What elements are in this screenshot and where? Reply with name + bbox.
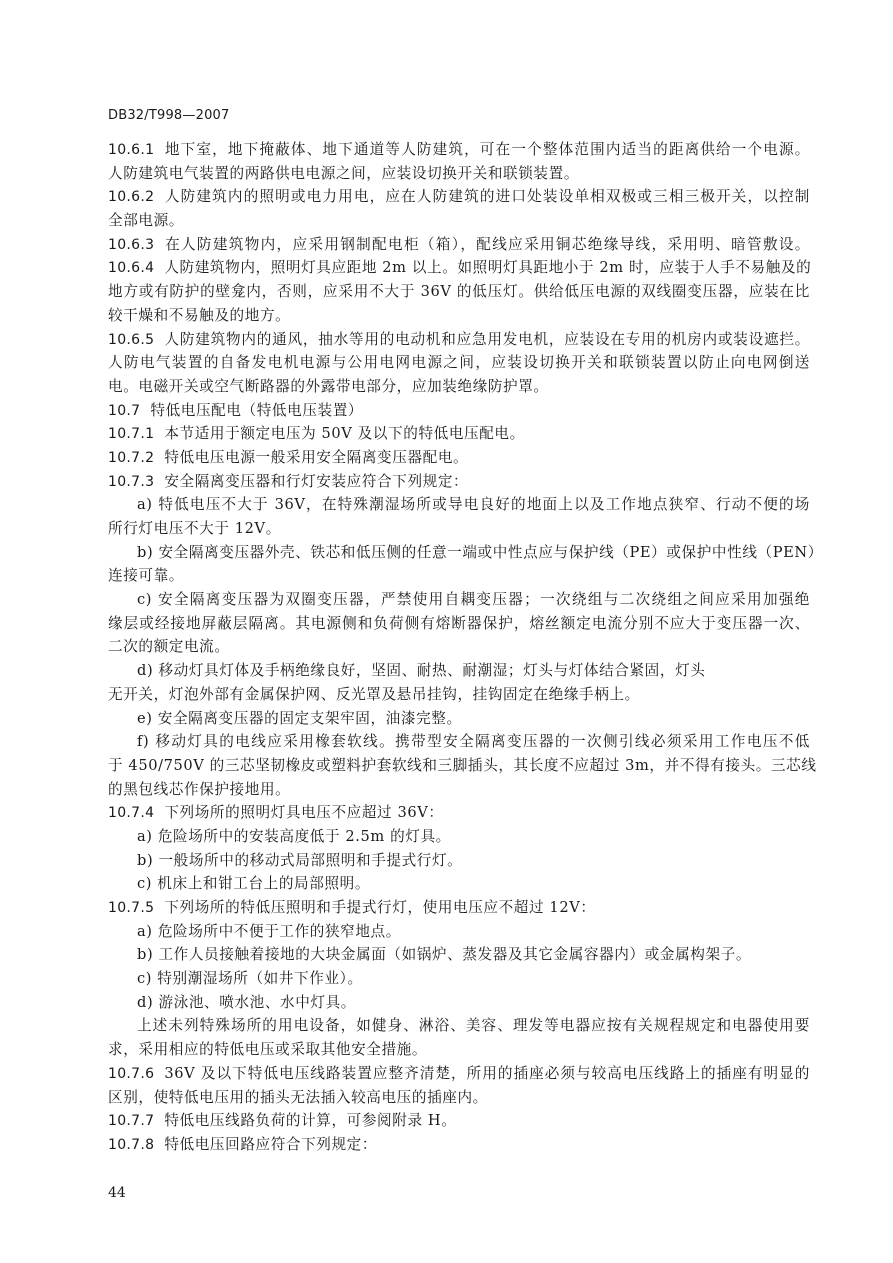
text-line: e) 安全隔离变压器的固定支架牢固，油漆完整。: [108, 707, 810, 731]
text-line: d) 游泳池、喷水池、水中灯具。: [108, 991, 810, 1015]
text-line: 较干燥和不易触及的地方。: [108, 304, 810, 328]
document-standard-code: DB32/T998—2007: [108, 108, 230, 123]
line-text: 人防建筑物内，照明灯具应距地 2m 以上。如照明灯具距地小于 2m 时，应装于人…: [164, 259, 811, 276]
text-line: a) 危险场所中不便于工作的狭窄地点。: [108, 920, 810, 944]
line-text: 在人防建筑物内，应采用钢制配电柜（箱），配线应采用铜芯绝缘导线，采用明、暗管敷设…: [164, 236, 810, 253]
text-line: a) 特低电压不大于 36V，在特殊潮湿场所或导电良好的地面上以及工作地点狭窄、…: [108, 493, 810, 517]
clause-number: 10.7.2: [108, 450, 154, 466]
page-number: 44: [108, 1185, 126, 1201]
line-text: 缘层或经接地屏蔽层隔离。其电源侧和负荷侧有熔断器保护，熔丝额定电流分别不应大于变…: [108, 615, 810, 632]
line-text: 无开关，灯泡外部有金属保护网、反光罩及悬吊挂钩，挂钩固定在绝缘手柄上。: [108, 686, 640, 703]
text-line: c) 机床上和钳工台上的局部照明。: [108, 872, 810, 896]
line-text: a) 危险场所中的安装高度低于 2.5m 的灯具。: [137, 828, 451, 845]
line-text: 安全隔离变压器和行灯安装应符合下列规定：: [164, 473, 468, 490]
text-line: 求，采用相应的特低电压或采取其他安全措施。: [108, 1038, 810, 1062]
text-line: b) 工作人员接触着接地的大块金属面（如锅炉、蒸发器及其它金属容器内）或金属构架…: [108, 943, 810, 967]
line-text: 上述未列特殊场所的用电设备，如健身、淋浴、美容、理发等电器应按有关规程规定和电器…: [137, 1017, 810, 1034]
text-line: 人防建筑电气装置的两路供电电源之间，应装设切换开关和联锁装置。: [108, 162, 810, 186]
line-text: 区别，使特低电压用的插头无法插入较高电压的插座内。: [108, 1089, 488, 1106]
text-line: 于 450/750V 的三芯坚韧橡皮或塑料护套软线和三脚插头，其长度不应超过 3…: [108, 754, 810, 778]
line-text: 地下室，地下掩蔽体、地下通道等人防建筑，可在一个整体范围内适当的距离供给一个电源…: [164, 141, 810, 158]
clause-number: 10.7: [108, 403, 140, 419]
clause-number: 10.7.1: [108, 426, 154, 442]
section-heading: 10.7特低电压配电（特低电压装置）: [108, 399, 810, 423]
clause-line: 10.7.4下列场所的照明灯具电压不应超过 36V：: [108, 801, 810, 825]
line-text: d) 游泳池、喷水池、水中灯具。: [137, 994, 356, 1011]
line-text: 36V 及以下特低电压线路装置应整齐清楚，所用的插座必须与较高电压线路上的插座有…: [164, 1065, 810, 1082]
clause-number: 10.7.7: [108, 1113, 154, 1129]
clause-line: 10.7.1本节适用于额定电压为 50V 及以下的特低电压配电。: [108, 422, 810, 446]
text-line: 二次的额定电流。: [108, 635, 810, 659]
clause-number: 10.6.5: [108, 332, 154, 348]
line-text: 全部电源。: [108, 212, 184, 229]
line-text: 电。电磁开关或空气断路器的外露带电部分，应加装绝缘防护罩。: [108, 378, 549, 395]
clause-line: 10.7.636V 及以下特低电压线路装置应整齐清楚，所用的插座必须与较高电压线…: [108, 1062, 810, 1086]
clause-line: 10.7.8特低电压回路应符合下列规定：: [108, 1133, 810, 1157]
line-text: e) 安全隔离变压器的固定支架牢固，油漆完整。: [137, 710, 462, 727]
line-text: f) 移动灯具的电线应采用橡套软线。携带型安全隔离变压器的一次侧引线必须采用工作…: [137, 733, 810, 750]
line-text: 二次的额定电流。: [108, 638, 230, 655]
text-line: c) 特别潮湿场所（如井下作业）。: [108, 967, 810, 991]
clause-line: 10.7.5下列场所的特低压照明和手提式行灯，使用电压应不超过 12V：: [108, 896, 810, 920]
line-text: 连接可靠。: [108, 567, 184, 584]
clause-number: 10.7.3: [108, 474, 154, 490]
line-text: 本节适用于额定电压为 50V 及以下的特低电压配电。: [164, 425, 524, 442]
clause-number: 10.6.3: [108, 237, 154, 253]
document-body: 10.6.1地下室，地下掩蔽体、地下通道等人防建筑，可在一个整体范围内适当的距离…: [108, 138, 810, 1157]
line-text: 的黑包线芯作保护接地用。: [108, 781, 290, 798]
clause-line: 10.6.5人防建筑物内的通风，抽水等用的电动机和应急用发电机，应装设在专用的机…: [108, 328, 810, 352]
line-text: 所行灯电压不大于 12V。: [108, 520, 281, 537]
line-text: c) 安全隔离变压器为双圈变压器，严禁使用自耦变压器；一次绕组与二次绕组之间应采…: [137, 591, 810, 608]
clause-line: 10.6.1地下室，地下掩蔽体、地下通道等人防建筑，可在一个整体范围内适当的距离…: [108, 138, 810, 162]
text-line: 人防电气装置的自备发电机电源与公用电网电源之间，应装设切换开关和联锁装置以防止向…: [108, 351, 810, 375]
line-text: 特低电压电源一般采用安全隔离变压器配电。: [164, 449, 468, 466]
line-text: 人防建筑物内的通风，抽水等用的电动机和应急用发电机，应装设在专用的机房内或装设遮…: [164, 331, 810, 348]
text-line: d) 移动灯具灯体及手柄绝缘良好，坚固、耐热、耐潮湿；灯头与灯体结合紧固，灯头: [108, 659, 810, 683]
text-line: 的黑包线芯作保护接地用。: [108, 778, 810, 802]
text-line: 全部电源。: [108, 209, 810, 233]
text-line: 上述未列特殊场所的用电设备，如健身、淋浴、美容、理发等电器应按有关规程规定和电器…: [108, 1014, 810, 1038]
line-text: 人防电气装置的自备发电机电源与公用电网电源之间，应装设切换开关和联锁装置以防止向…: [108, 354, 810, 371]
text-line: c) 安全隔离变压器为双圈变压器，严禁使用自耦变压器；一次绕组与二次绕组之间应采…: [108, 588, 810, 612]
text-line: 缘层或经接地屏蔽层隔离。其电源侧和负荷侧有熔断器保护，熔丝额定电流分别不应大于变…: [108, 612, 810, 636]
text-line: 电。电磁开关或空气断路器的外露带电部分，应加装绝缘防护罩。: [108, 375, 810, 399]
text-line: 无开关，灯泡外部有金属保护网、反光罩及悬吊挂钩，挂钩固定在绝缘手柄上。: [108, 683, 810, 707]
clause-number: 10.6.4: [108, 260, 154, 276]
clause-line: 10.7.2特低电压电源一般采用安全隔离变压器配电。: [108, 446, 810, 470]
line-text: 特低电压线路负荷的计算，可参阅附录 H。: [164, 1112, 456, 1129]
text-line: 所行灯电压不大于 12V。: [108, 517, 810, 541]
text-line: b) 一般场所中的移动式局部照明和手提式行灯。: [108, 849, 810, 873]
text-line: b) 安全隔离变压器外壳、铁芯和低压侧的任意一端或中性点应与保护线（PE）或保护…: [108, 541, 810, 565]
line-text: 于 450/750V 的三芯坚韧橡皮或塑料护套软线和三脚插头，其长度不应超过 3…: [108, 757, 817, 774]
line-text: b) 一般场所中的移动式局部照明和手提式行灯。: [137, 852, 462, 869]
clause-line: 10.7.3安全隔离变压器和行灯安装应符合下列规定：: [108, 470, 810, 494]
clause-line: 10.6.2人防建筑内的照明或电力用电，应在人防建筑的进口处装设单相双极或三相三…: [108, 185, 810, 209]
line-text: 较干燥和不易触及的地方。: [108, 307, 290, 324]
text-line: 地方或有防护的壁龛内，否则，应采用不大于 36V 的低压灯。供给低压电源的双线圈…: [108, 280, 810, 304]
line-text: 下列场所的照明灯具电压不应超过 36V：: [164, 804, 443, 821]
line-text: 人防建筑电气装置的两路供电电源之间，应装设切换开关和联锁装置。: [108, 165, 579, 182]
clause-number: 10.7.5: [108, 900, 154, 916]
line-text: 特低电压回路应符合下列规定：: [164, 1136, 377, 1153]
clause-line: 10.6.4人防建筑物内，照明灯具应距地 2m 以上。如照明灯具距地小于 2m …: [108, 256, 810, 280]
line-text: b) 工作人员接触着接地的大块金属面（如锅炉、蒸发器及其它金属容器内）或金属构架…: [137, 946, 751, 963]
line-text: 地方或有防护的壁龛内，否则，应采用不大于 36V 的低压灯。供给低压电源的双线圈…: [108, 283, 810, 300]
line-text: b) 安全隔离变压器外壳、铁芯和低压侧的任意一端或中性点应与保护线（PE）或保护…: [137, 544, 823, 561]
clause-number: 10.6.1: [108, 142, 154, 158]
text-line: 区别，使特低电压用的插头无法插入较高电压的插座内。: [108, 1086, 810, 1110]
line-text: a) 特低电压不大于 36V，在特殊潮湿场所或导电良好的地面上以及工作地点狭窄、…: [137, 496, 810, 513]
clause-line: 10.6.3在人防建筑物内，应采用钢制配电柜（箱），配线应采用铜芯绝缘导线，采用…: [108, 233, 810, 257]
text-line: f) 移动灯具的电线应采用橡套软线。携带型安全隔离变压器的一次侧引线必须采用工作…: [108, 730, 810, 754]
clause-line: 10.7.7特低电压线路负荷的计算，可参阅附录 H。: [108, 1109, 810, 1133]
line-text: 人防建筑内的照明或电力用电，应在人防建筑的进口处装设单相双极或三相三极开关，以控…: [164, 188, 810, 205]
clause-number: 10.7.4: [108, 805, 154, 821]
section-title: 特低电压配电（特低电压装置）: [150, 402, 363, 419]
line-text: a) 危险场所中不便于工作的狭窄地点。: [137, 923, 401, 940]
text-line: 连接可靠。: [108, 564, 810, 588]
line-text: d) 移动灯具灯体及手柄绝缘良好，坚固、耐热、耐潮湿；灯头与灯体结合紧固，灯头: [137, 662, 705, 679]
clause-number: 10.7.8: [108, 1137, 154, 1153]
line-text: c) 机床上和钳工台上的局部照明。: [137, 875, 370, 892]
line-text: c) 特别潮湿场所（如井下作业）。: [137, 970, 363, 987]
text-line: a) 危险场所中的安装高度低于 2.5m 的灯具。: [108, 825, 810, 849]
line-text: 下列场所的特低压照明和手提式行灯，使用电压应不超过 12V：: [164, 899, 595, 916]
clause-number: 10.7.6: [108, 1066, 154, 1082]
clause-number: 10.6.2: [108, 189, 154, 205]
line-text: 求，采用相应的特低电压或采取其他安全措施。: [108, 1041, 427, 1058]
